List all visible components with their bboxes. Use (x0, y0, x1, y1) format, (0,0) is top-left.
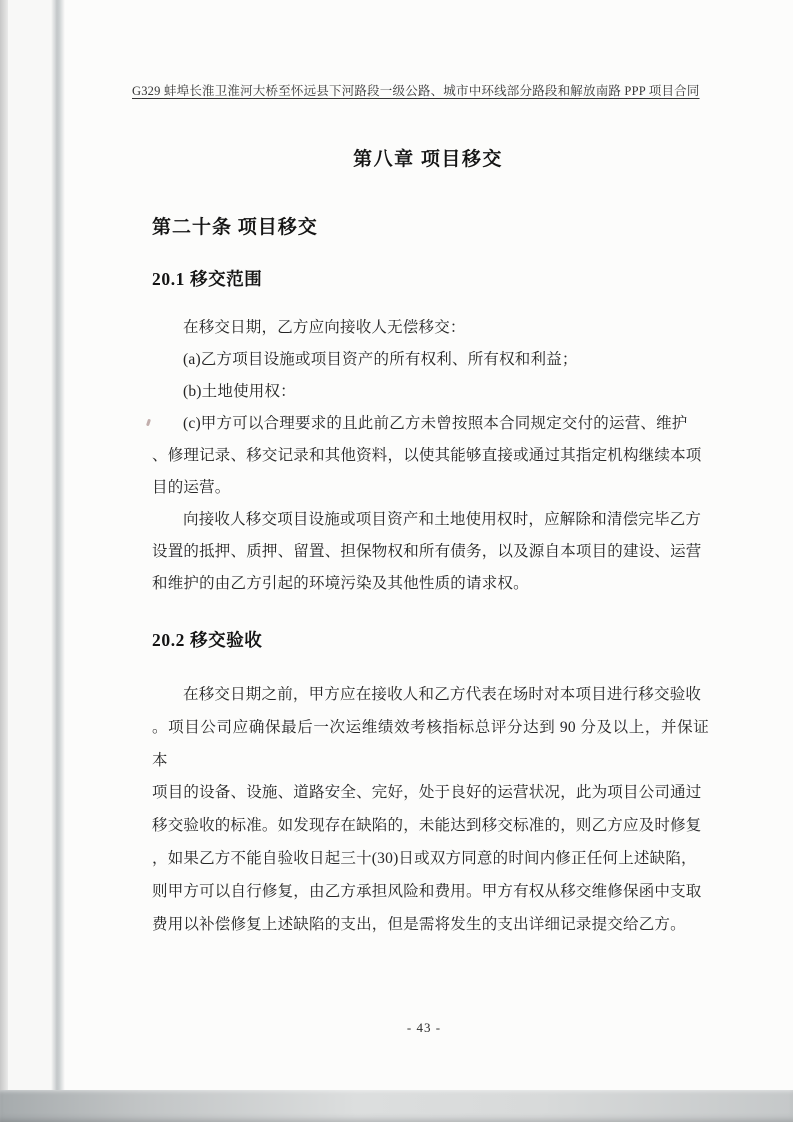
list-item-b: (b)土地使用权： (152, 376, 709, 408)
subsection-20-2-heading: 20.2 移交验收 (152, 627, 262, 652)
paragraph-transfer-acceptance: 在移交日期之前，甲方应在接收人和乙方代表在场时对本项目进行移交验收 。项目公司应… (152, 679, 709, 941)
page-number: - 43 - (0, 1020, 793, 1036)
section-heading: 第二十条 项目移交 (152, 212, 318, 239)
scan-speck (146, 419, 151, 427)
scanned-contract-page: G329 蚌埠长淮卫淮河大桥至怀远县下河路段一级公路、城市中环线部分路段和解放南… (0, 0, 793, 1122)
paragraph-transfer-intro: 在移交日期，乙方应向接收人无偿移交： (152, 312, 709, 344)
scanner-bed-shadow (0, 1090, 793, 1122)
list-item-a: (a)乙方项目设施或项目资产的所有权利、所有权和利益； (152, 344, 709, 376)
subsection-20-2-body: 在移交日期之前，甲方应在接收人和乙方代表在场时对本项目进行移交验收 。项目公司应… (152, 679, 709, 941)
running-header: G329 蚌埠长淮卫淮河大桥至怀远县下河路段一级公路、城市中环线部分路段和解放南… (132, 81, 672, 99)
subsection-20-1-body: 在移交日期，乙方应向接收人无偿移交： (a)乙方项目设施或项目资产的所有权利、所… (152, 312, 709, 600)
chapter-title: 第八章 项目移交 (0, 144, 793, 171)
paragraph-release-obligations: 向接收人移交项目设施或项目资产和土地使用权时，应解除和清偿完毕乙方 设置的抵押、… (152, 504, 709, 600)
subsection-20-1-heading: 20.1 移交范围 (152, 266, 262, 291)
list-item-c: (c)甲方可以合理要求的且此前乙方未曾按照本合同规定交付的运营、维护 、修理记录… (152, 408, 709, 504)
